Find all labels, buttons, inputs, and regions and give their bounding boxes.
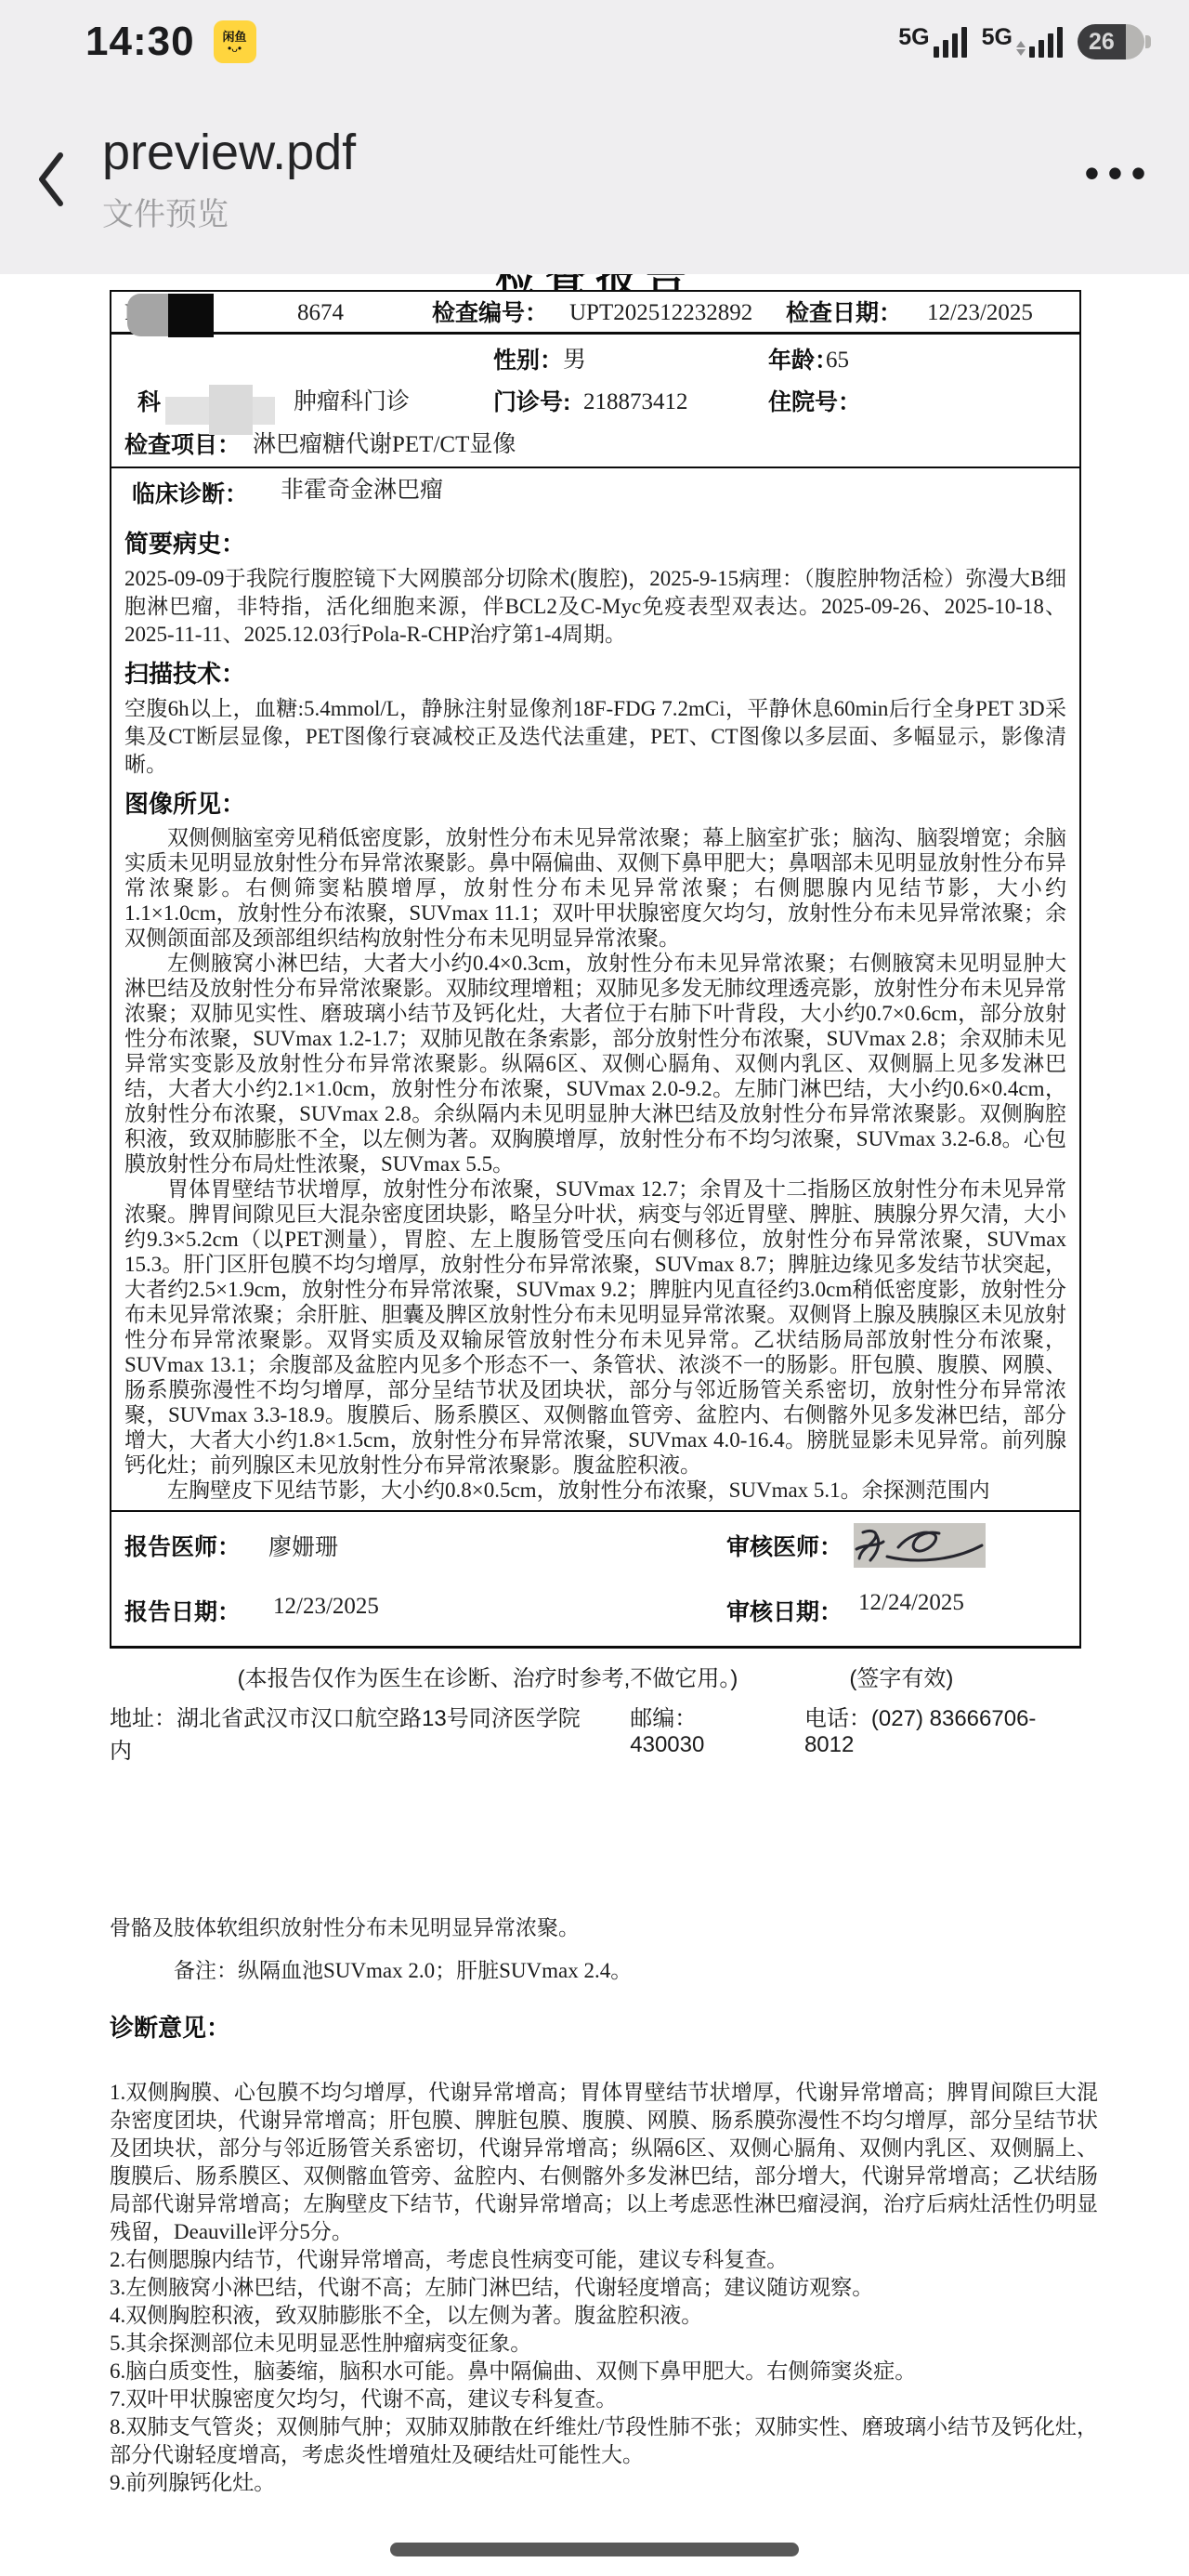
findings-paragraphs: 双侧侧脑室旁见稍低密度影，放射性分布未见异常浓聚；幕上脑室扩张；脑沟、脑裂增宽；… — [124, 825, 1066, 1503]
report-footnote-row: (本报告仅作为医生在诊断、治疗时参考,不做它用。) (签字有效) — [110, 1660, 1081, 1692]
diagnosis-item: 5.其余探测部位未见明显恶性肿瘤病变征象。 — [110, 2330, 1098, 2358]
gender-value: 男 — [563, 335, 586, 387]
technique-paragraph: 空腹6h以上，血糖:5.4mmol/L，静脉注射显像剂18F-FDG 7.2mC… — [124, 695, 1066, 779]
date-row: 报告日期： 12/23/2025 审核日期： 12/24/2025 — [124, 1579, 1066, 1646]
cellular-signal-1: 5G — [898, 26, 966, 58]
findings-paragraph: 左侧腋窝小淋巴结，大者大小约0.4×0.3cm，放射性分布未见异常浓聚；右侧腋窝… — [124, 951, 1066, 1176]
doctor-row: 报告医师： 廖姗珊 审核医师： — [124, 1512, 1066, 1579]
report-date-value: 12/23/2025 — [273, 1594, 379, 1620]
diagnosis-item: 9.前列腺钙化灶。 — [110, 2469, 1098, 2497]
history-section-label: 简要病史： — [124, 528, 1066, 559]
diagnosis-item: 2.右侧腮腺内结节，代谢异常增高，考虑良性病变可能，建议专科复查。 — [110, 2246, 1098, 2274]
hospital-phone: 电话：(027) 83666706-8012 — [804, 1700, 1081, 1765]
clinical-dx-value: 非霍奇金淋巴瘤 — [281, 465, 443, 517]
report-page-2: 骨骼及肢体软组织放射性分布未见明显异常浓聚。 备注：纵隔血池SUVmax 2.0… — [110, 1898, 1098, 2497]
xianyu-app-icon: 闲鱼 •ᴗ• — [214, 20, 256, 63]
diagnosis-item: 1.双侧胸膜、心包膜不均匀增厚，代谢异常增高；胃体胃壁结节状增厚，代谢异常增高；… — [110, 2079, 1098, 2246]
review-date-label: 审核日期： — [726, 1594, 843, 1627]
page-subtitle: 文件预览 — [102, 189, 1050, 234]
back-button[interactable] — [0, 149, 102, 210]
pet-no-suffix: 8674 — [297, 292, 344, 335]
findings-section-label: 图像所见： — [124, 788, 1066, 820]
diagnosis-item: 6.脑白质变性，脑萎缩，脑积水可能。鼻中隔偏曲、双侧下鼻甲肥大。右侧筛窦炎症。 — [110, 2358, 1098, 2385]
inpatient-label: 住院号： — [768, 381, 861, 424]
dept-label: 科 — [137, 381, 161, 424]
outpatient-label: 门诊号: — [493, 381, 570, 424]
file-preview-header: preview.pdf 文件预览 ••• — [0, 84, 1189, 274]
report-table: P 8674 检查编号： UPT202512232892 检查日期： 12/23… — [110, 290, 1081, 1649]
report-page-1: P 8674 检查编号： UPT202512232892 检查日期： 12/23… — [110, 290, 1081, 1765]
battery-icon: 26 — [1078, 24, 1144, 59]
signature-table: 报告医师： 廖姗珊 审核医师： 报告日期： 12/23/2025 — [111, 1510, 1079, 1646]
history-paragraph: 2025-09-09于我院行腹腔镜下大网膜部分切除术(腹腔)，2025-9-15… — [124, 565, 1066, 649]
clinical-dx-row: 临床诊断： 非霍奇金淋巴瘤 — [124, 468, 1066, 519]
bones-line: 骨骼及肢体软组织放射性分布未见明显异常浓聚。 — [110, 1914, 1098, 1942]
review-date-value: 12/24/2025 — [858, 1590, 964, 1616]
meta-row-4: 检查项目： 淋巴瘤糖代谢PET/CT显像 — [111, 424, 1079, 468]
exam-date-value: 12/23/2025 — [927, 292, 1033, 335]
exam-no-label: 检查编号： — [432, 292, 548, 335]
signal-bars-icon — [1029, 26, 1063, 58]
redaction-block-black — [168, 294, 214, 337]
exam-date-label: 检查日期： — [786, 292, 902, 335]
meta-row-2: 性别： 男 年龄： 65 — [124, 335, 1066, 381]
diagnosis-item: 7.双叶甲状腺密度欠均匀，代谢不高，建议专科复查。 — [110, 2385, 1098, 2413]
dept-value: 肿瘤科门诊 — [294, 381, 410, 424]
redaction-block-gray — [127, 294, 168, 336]
report-date-label: 报告日期： — [124, 1594, 241, 1627]
diagnosis-item: 3.左侧腋窝小淋巴结，代谢不高；左肺门淋巴结，代谢轻度增高；建议随访观察。 — [110, 2274, 1098, 2302]
diagnosis-section-label: 诊断意见： — [110, 2009, 1098, 2044]
handwriting-icon — [850, 1521, 989, 1570]
diagnosis-items: 1.双侧胸膜、心包膜不均匀增厚，代谢异常增高；胃体胃壁结节状增厚，代谢异常增高；… — [110, 2079, 1098, 2497]
diagnosis-item: 4.双侧胸腔积液，致双肺膨胀不全，以左侧为著。腹盆腔积液。 — [110, 2302, 1098, 2330]
phone-screen: 检查报告 P 8674 检查编号： UPT202512232892 检查日期： … — [0, 0, 1189, 2576]
cellular-signal-2: 5G — [982, 26, 1063, 58]
redaction-block-light — [209, 385, 253, 435]
header-titles: preview.pdf 文件预览 — [102, 124, 1050, 234]
footnote-signature-valid: (签字有效) — [849, 1660, 953, 1692]
app-chrome: 14:30 闲鱼 •ᴗ• 5G 5G 26 — [0, 0, 1189, 274]
clinical-dx-label: 临床诊断： — [132, 468, 248, 520]
hospital-postcode: 邮编：430030 — [630, 1700, 769, 1765]
findings-paragraph: 左胸壁皮下见结节影，大小约0.8×0.5cm，放射性分布浓聚，SUVmax 5.… — [124, 1478, 1066, 1503]
more-menu-button[interactable]: ••• — [1050, 148, 1189, 211]
exam-item-value: 淋巴瘤糖代谢PET/CT显像 — [253, 424, 516, 467]
signal-bars-icon — [934, 26, 967, 58]
status-bar: 14:30 闲鱼 •ᴗ• 5G 5G 26 — [0, 0, 1189, 84]
note-line: 备注：纵隔血池SUVmax 2.0；肝脏SUVmax 2.4。 — [110, 1957, 1098, 1985]
home-indicator[interactable] — [390, 2543, 799, 2556]
file-name: preview.pdf — [102, 124, 1050, 181]
footnote-disclaimer: (本报告仅作为医生在诊断、治疗时参考,不做它用。) — [238, 1660, 738, 1692]
review-doctor-signature — [854, 1523, 986, 1568]
exam-no-value: UPT202512232892 — [569, 292, 752, 335]
clock: 14:30 — [85, 19, 195, 65]
technique-section-label: 扫描技术： — [124, 658, 1066, 690]
gender-label: 性别： — [493, 335, 563, 387]
hospital-address: 地址：湖北省武汉市汉口航空路13号同济医学院内 — [110, 1700, 594, 1765]
battery-percent: 26 — [1078, 29, 1115, 56]
findings-paragraph: 双侧侧脑室旁见稍低密度影，放射性分布未见异常浓聚；幕上脑室扩张；脑沟、脑裂增宽；… — [124, 825, 1066, 951]
review-doctor-label: 审核医师： — [726, 1529, 843, 1562]
meta-row-3: 科 肿瘤科门诊 门诊号: 218873412 住院号： — [124, 381, 1066, 424]
report-address-row: 地址：湖北省武汉市汉口航空路13号同济医学院内 邮编：430030 电话：(02… — [110, 1700, 1081, 1765]
data-updown-arrows-icon — [1016, 26, 1026, 58]
findings-paragraph: 胃体胃壁结节状增厚，放射性分布浓聚，SUVmax 12.7；余胃及十二指肠区放射… — [124, 1176, 1066, 1478]
outpatient-value: 218873412 — [583, 381, 688, 424]
diagnosis-item: 8.双肺支气管炎；双侧肺气肿；双肺双肺散在纤维灶/节段性肺不张；双肺实性、磨玻璃… — [110, 2413, 1098, 2469]
pdf-viewer-scroll-area[interactable]: 检查报告 P 8674 检查编号： UPT202512232892 检查日期： … — [0, 0, 1189, 2576]
age-value: 65 — [826, 335, 849, 387]
report-doctor-label: 报告医师： — [124, 1529, 241, 1562]
report-doctor-name: 廖姗珊 — [268, 1529, 338, 1562]
chevron-left-icon — [32, 149, 71, 210]
meta-row-1: P 8674 检查编号： UPT202512232892 检查日期： 12/23… — [111, 292, 1079, 335]
